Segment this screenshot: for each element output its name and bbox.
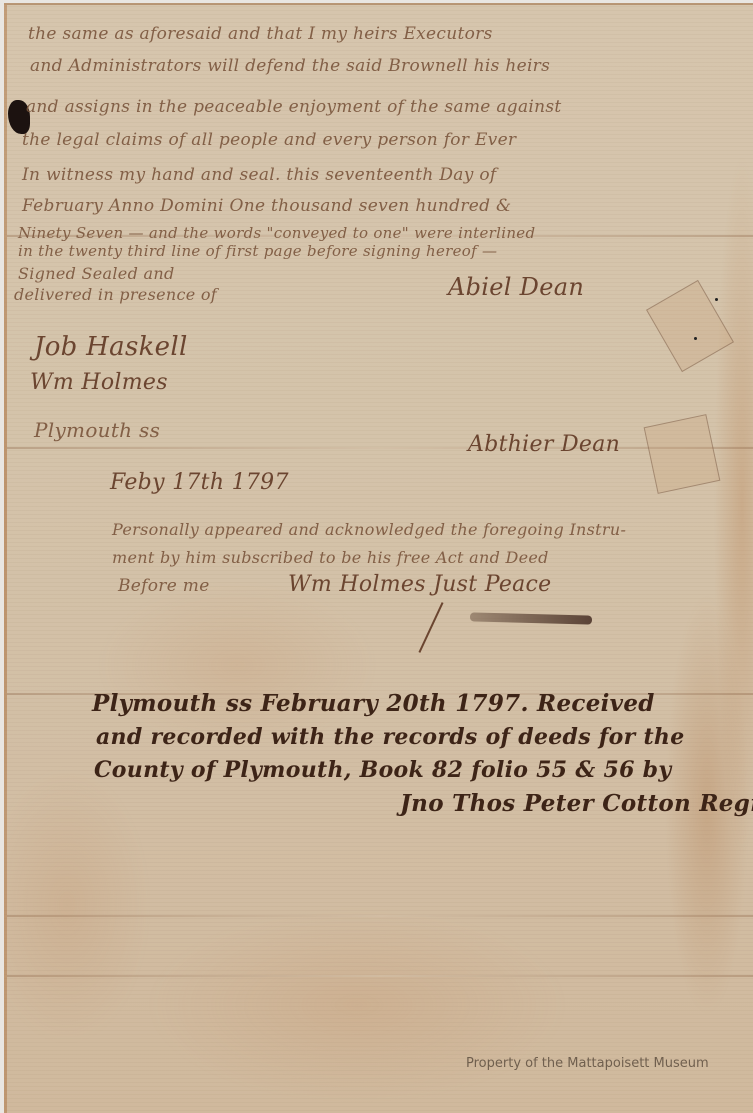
pin-hole — [694, 337, 697, 340]
deed-line: and Administrators will defend the said … — [30, 56, 550, 76]
witness-signature: Job Haskell — [34, 332, 188, 362]
deed-line: the same as aforesaid and that I my heir… — [28, 24, 493, 44]
deed-line: and assigns in the peaceable enjoyment o… — [26, 97, 562, 117]
deed-line: In witness my hand and seal. this sevent… — [22, 165, 496, 185]
justice-signature: Wm Holmes Just Peace — [288, 572, 552, 597]
acknowledgment-line: Personally appeared and acknowledged the… — [112, 520, 626, 539]
attestation-line: delivered in presence of — [14, 285, 217, 304]
recording-line: and recorded with the records of deeds f… — [96, 724, 685, 750]
deed-line: February Anno Domini One thousand seven … — [22, 196, 511, 216]
recording-line: County of Plymouth, Book 82 folio 55 & 5… — [94, 757, 671, 783]
fold-line — [7, 915, 753, 917]
museum-watermark: Property of the Mattapoisett Museum — [466, 1056, 709, 1071]
deed-line: in the twenty third line of first page b… — [18, 242, 497, 260]
attestation-line: Signed Sealed and — [18, 264, 175, 283]
grantor-signature: Abiel Dean — [448, 273, 584, 301]
paper-repair-patch — [644, 414, 721, 494]
acknowledgment-line: ment by him subscribed to be his free Ac… — [112, 548, 549, 567]
acknowledgment-place: Plymouth ss — [34, 418, 160, 442]
fold-line — [7, 447, 753, 449]
acknowledgment-date: Feby 17th 1797 — [110, 470, 289, 495]
before-me-label: Before me — [118, 576, 210, 596]
deed-line: the legal claims of all people and every… — [22, 130, 516, 150]
registrar-signature: Jno Thos Peter Cotton Regr — [400, 790, 753, 817]
deed-line: Ninety Seven — and the words "conveyed t… — [18, 224, 535, 242]
recording-line: Plymouth ss February 20th 1797. Received — [92, 690, 655, 717]
second-signature: Abthier Dean — [468, 432, 620, 457]
fold-line — [7, 975, 753, 977]
witness-signature: Wm Holmes — [30, 370, 168, 395]
pin-hole — [715, 298, 718, 301]
